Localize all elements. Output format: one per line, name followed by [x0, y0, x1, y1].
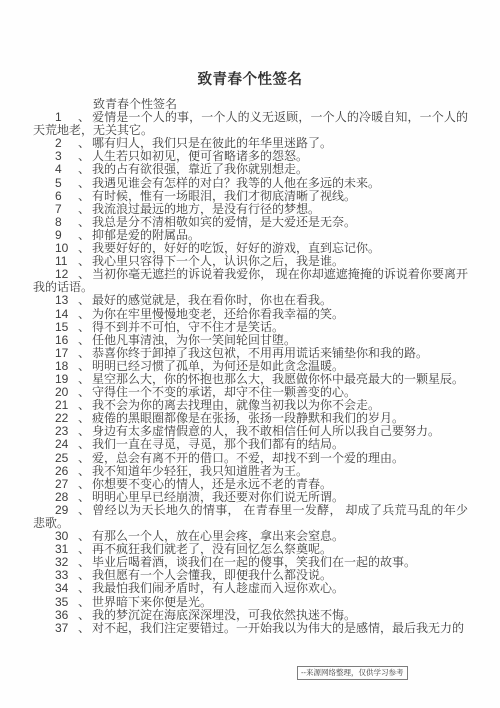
item-text: 我的梦沉淀在海底深深埋没，可我依然执迷不悔。 — [92, 608, 356, 622]
item-text: 得不到并不可怕，守不住才是笑话。 — [92, 320, 284, 334]
item-separator: 、 — [78, 163, 92, 176]
item-text: 我们一直在寻觅，寻觅，那个我们都有的结局。 — [92, 437, 344, 451]
item-text: 我最怕我们闹矛盾时，有人趁虚而入逗你欢心。 — [92, 581, 344, 595]
item-text: 我要好好的，好好的吃饭，好好的游戏，直到忘记你。 — [92, 241, 380, 255]
item-text: 为你在牢里慢慢地变老，还给你看我幸福的笑。 — [92, 307, 344, 321]
item-number: 14 — [55, 308, 78, 321]
item-text: 对不起，我们注定要错过。一开始我以为伟大的是感情，最后我无力的 — [92, 621, 464, 635]
item-text: 曾经以为天长地久的情事， 在青春里一发酵， 却成了兵荒马乱的年少悲歌。 — [33, 503, 468, 530]
item-text: 我遇见谁会有怎样的对白？我等的人他在多远的未来。 — [92, 176, 380, 190]
item-number: 28 — [55, 491, 78, 504]
item-separator: 、 — [78, 582, 92, 595]
item-separator: 、 — [78, 216, 92, 229]
item-text: 我不知道年少轻狂，我只知道胜者为王。 — [92, 464, 308, 478]
item-number: 25 — [55, 452, 78, 465]
item-separator: 、 — [78, 504, 92, 517]
item-number: 34 — [55, 582, 78, 595]
item-separator: 、 — [78, 596, 92, 609]
source-note-box: --来源网络整理，仅供学习参考 — [297, 666, 408, 680]
item-separator: 、 — [78, 177, 92, 190]
item-separator: 、 — [78, 609, 92, 622]
item-text: 星空那么大，你的怀抱也那么大，我愿做你怀中最亮最大的一颗星辰。 — [92, 372, 464, 386]
item-separator: 、 — [78, 334, 92, 347]
item-separator: 、 — [78, 452, 92, 465]
item-text: 我流浪过最远的地方，是没有行径的梦想。 — [92, 202, 320, 216]
item-number: 37 — [55, 622, 78, 635]
item-number: 4 — [55, 163, 78, 176]
item-text: 我总是分不清相敬如宾的爱情，是大爱还是无奈。 — [92, 215, 356, 229]
list-item: 29、曾经以为天长地久的情事， 在青春里一发酵， 却成了兵荒马乱的年少悲歌。 — [33, 504, 468, 530]
item-number: 15 — [55, 321, 78, 334]
item-number: 6 — [55, 190, 78, 203]
item-separator: 、 — [78, 203, 92, 216]
item-separator: 、 — [78, 321, 92, 334]
item-text: 任他凡事清浊，为你一笑间轮回甘堕。 — [92, 333, 296, 347]
document-body: 致青春个性签名 1、爱情是一个人的事，一个人的义无返顾，一个人的冷暖自知，一个人… — [33, 98, 468, 635]
item-number: 27 — [55, 478, 78, 491]
item-text: 我的占有欲很强，靠近了我你就别想走。 — [92, 162, 308, 176]
item-text: 爱，总会有离不开的借口。不爱，却找不到一个爱的理由。 — [92, 451, 404, 465]
item-text: 有那么一个人，放在心里会疼，拿出来会窒息。 — [92, 529, 344, 543]
item-separator: 、 — [78, 438, 92, 451]
item-number: 18 — [55, 360, 78, 373]
item-separator: 、 — [78, 190, 92, 203]
item-separator: 、 — [78, 294, 92, 307]
item-number: 5 — [55, 177, 78, 190]
list-item: 12、当初你毫无遮拦的诉说着我爱你， 现在你却遮遮掩掩的诉说着你要离开我的话语。 — [33, 268, 468, 294]
item-separator: 、 — [78, 478, 92, 491]
item-text: 最好的感觉就是，我在看你时，你也在看我。 — [92, 293, 332, 307]
document-page: 致青春个性签名 致青春个性签名 1、爱情是一个人的事，一个人的义无返顾，一个人的… — [0, 0, 500, 708]
item-number: 8 — [55, 216, 78, 229]
item-separator: 、 — [78, 465, 92, 478]
list-item: 1、爱情是一个人的事，一个人的义无返顾，一个人的冷暖自知，一个人的天荒地老，无关… — [33, 111, 468, 137]
item-number: 16 — [55, 334, 78, 347]
item-text: 抑郁是爱的附属品。 — [92, 228, 200, 242]
item-number: 26 — [55, 465, 78, 478]
item-separator: 、 — [78, 308, 92, 321]
item-number: 7 — [55, 203, 78, 216]
item-number: 13 — [55, 294, 78, 307]
list-item: 37、对不起，我们注定要错过。一开始我以为伟大的是感情，最后我无力的 — [33, 622, 468, 635]
item-separator: 、 — [78, 360, 92, 373]
item-separator: 、 — [78, 347, 92, 360]
item-text: 当初你毫无遮拦的诉说着我爱你， 现在你却遮遮掩掩的诉说着你要离开我的话语。 — [33, 267, 468, 294]
signature-list: 1、爱情是一个人的事，一个人的义无返顾，一个人的冷暖自知，一个人的天荒地老，无关… — [33, 111, 468, 635]
page-title: 致青春个性签名 — [0, 0, 500, 90]
item-text: 恭喜你终于卸掉了我这包袱，不用再用谎话来铺垫你和我的路。 — [92, 346, 428, 360]
item-text: 守得住一个不变的承诺，却守不住一颗善变的心。 — [92, 385, 356, 399]
item-separator: 、 — [78, 622, 92, 635]
item-number: 17 — [55, 347, 78, 360]
item-text: 世界暗下来你便是光。 — [92, 595, 212, 609]
item-number: 35 — [55, 596, 78, 609]
item-text: 爱情是一个人的事，一个人的义无返顾，一个人的冷暖自知，一个人的天荒地老，无关其它… — [33, 110, 468, 137]
item-text: 有时候，惟有一场眼泪，我们才彻底清晰了视线。 — [92, 189, 356, 203]
item-text: 明明已经习惯了孤单，为何还是如此贪念温暖。 — [92, 359, 344, 373]
item-number: 24 — [55, 438, 78, 451]
item-number: 36 — [55, 609, 78, 622]
item-separator: 、 — [78, 491, 92, 504]
item-text: 明明心里早已经崩溃，我还要对你们说无所谓。 — [92, 490, 344, 504]
source-note-text: --来源网络整理，仅供学习参考 — [301, 668, 404, 677]
item-text: 你想要不变心的情人，还是永远不老的青春。 — [92, 477, 332, 491]
